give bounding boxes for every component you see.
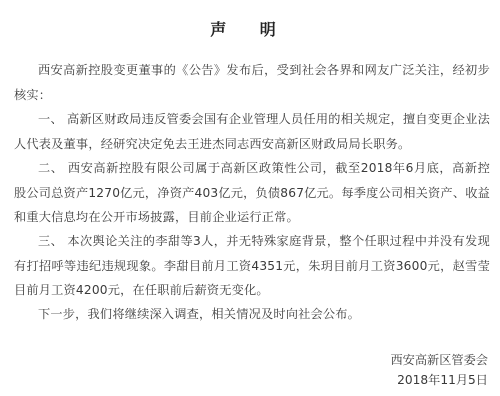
document-title: 声 明 — [0, 17, 500, 40]
intro-paragraph: 西安高新控股变更董事的《公告》发布后，受到社会各界和网友广泛关注，经初步核实： — [14, 58, 490, 107]
signature-organization: 西安高新区管委会 — [391, 351, 489, 368]
point-two-paragraph: 二、 西安高新控股有限公司属于高新区政策性公司，截至2018年6月底，高新控股公… — [14, 156, 490, 230]
point-three-paragraph: 三、 本次舆论关注的李甜等3人，并无特殊家庭背景，整个任职过程中并没有发现有打招… — [14, 229, 490, 303]
point-one-paragraph: 一、 高新区财政局违反管委会国有企业管理人员任用的相关规定，擅自变更企业法人代表… — [14, 107, 490, 156]
signature-date: 2018年11月5日 — [397, 371, 488, 388]
next-step-paragraph: 下一步，我们将继续深入调查，相关情况及时向社会公布。 — [14, 302, 490, 327]
